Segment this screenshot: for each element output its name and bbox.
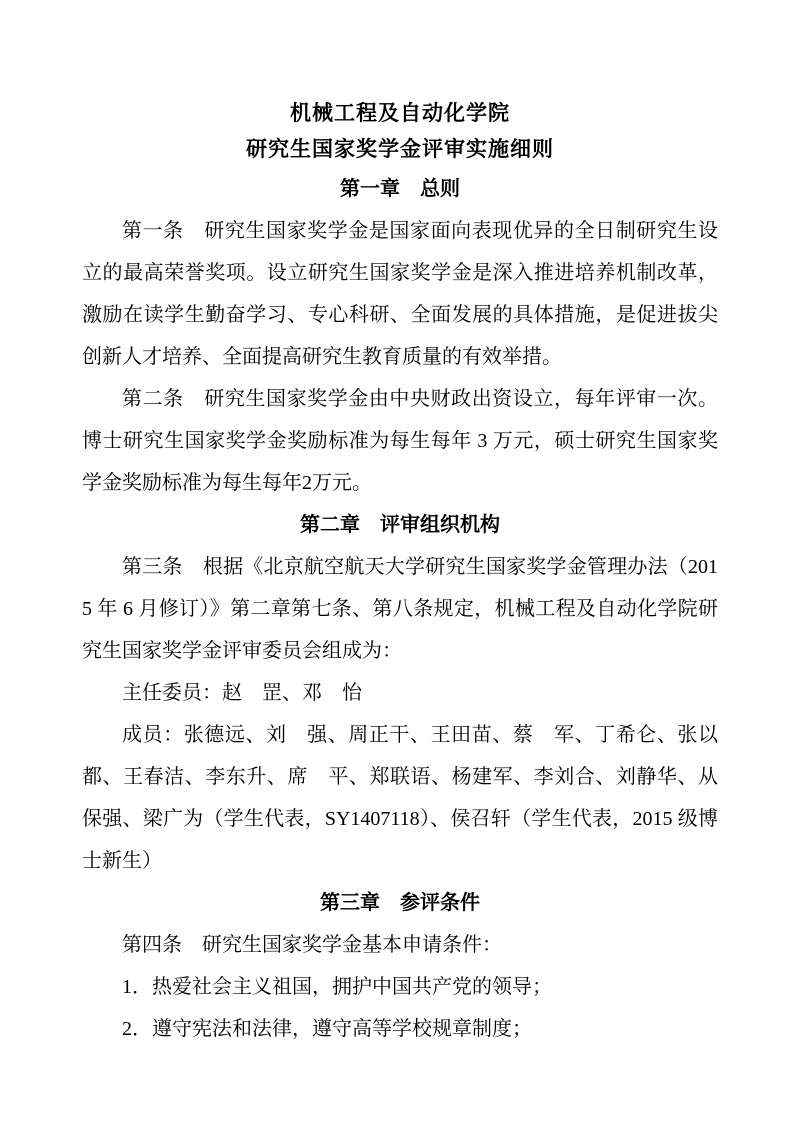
committee-chairs-line: 主任委员：赵 罡、邓 怡 bbox=[82, 672, 718, 714]
condition-item-2: 2．遵守宪法和法律，遵守高等学校规章制度； bbox=[82, 1008, 718, 1050]
chapter-1-heading: 第一章 总则 bbox=[82, 168, 718, 210]
committee-members-paragraph: 成员：张德远、刘 强、周正干、王田苗、蔡 军、丁希仑、张以都、王春洁、李东升、席… bbox=[82, 714, 718, 882]
document-page: 机械工程及自动化学院 研究生国家奖学金评审实施细则 第一章 总则 第一条 研究生… bbox=[0, 0, 800, 1132]
article-4-paragraph: 第四条 研究生国家奖学金基本申请条件： bbox=[82, 924, 718, 966]
article-3-paragraph: 第三条 根据《北京航空航天大学研究生国家奖学金管理办法（2015 年 6 月修订… bbox=[82, 546, 718, 672]
chapter-3-heading: 第三章 参评条件 bbox=[82, 882, 718, 924]
document-title-line-1: 机械工程及自动化学院 bbox=[82, 96, 718, 132]
article-1-paragraph: 第一条 研究生国家奖学金是国家面向表现优异的全日制研究生设立的最高荣誉奖项。设立… bbox=[82, 210, 718, 378]
condition-item-1: 1．热爱社会主义祖国，拥护中国共产党的领导； bbox=[82, 966, 718, 1008]
article-2-paragraph: 第二条 研究生国家奖学金由中央财政出资设立，每年评审一次。博士研究生国家奖学金奖… bbox=[82, 378, 718, 504]
chapter-2-heading: 第二章 评审组织机构 bbox=[82, 504, 718, 546]
document-title-line-2: 研究生国家奖学金评审实施细则 bbox=[82, 132, 718, 168]
